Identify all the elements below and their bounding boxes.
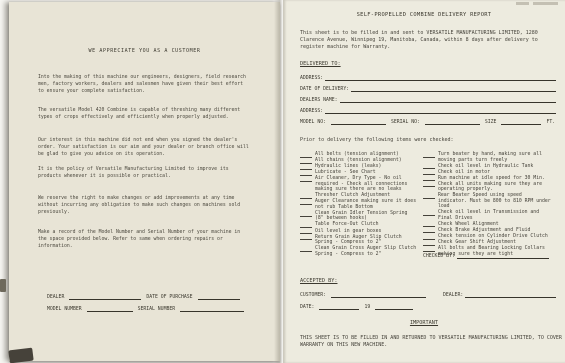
- checklist-item: All chains (tension alignment): [300, 158, 418, 164]
- date-of-purchase-blank-line: [198, 294, 240, 300]
- check-blank-line: [300, 193, 312, 199]
- checklist-item: Check all units making sure they are ope…: [423, 182, 551, 193]
- dealer-label: DEALER:: [443, 293, 463, 298]
- accepted-by-heading: ACCEPTED BY:: [300, 278, 337, 284]
- check-blank-line: [300, 211, 312, 217]
- year-blank-line: [375, 304, 413, 310]
- check-blank-line: [300, 170, 312, 176]
- checklist-item: Return Grain Auger Slip Clutch Spring - …: [300, 235, 418, 246]
- check-blank-line: [300, 235, 312, 241]
- left-paragraph: Make a record of the Model Number and Se…: [38, 229, 250, 250]
- check-blank-line: [423, 193, 435, 199]
- size-label: SIZE: [485, 120, 497, 125]
- dealer-label: DEALER: [47, 295, 64, 300]
- address-blank-line: [325, 75, 556, 81]
- serial-no-label: SERIAL NO:: [391, 120, 420, 125]
- check-blank-line: [423, 182, 435, 188]
- checklist-item: Clean Grain Idler Tension Spring (8" bet…: [300, 211, 418, 222]
- check-blank-line: [423, 176, 435, 182]
- left-paragraph: Our interest in this machine did not end…: [38, 137, 250, 158]
- left-paragraph: It is the policy of Versatile Manufactur…: [38, 166, 250, 180]
- dealer-blank-line: [69, 294, 141, 300]
- model-serial-size-row: MODEL NO: SERIAL NO: SIZE FT.: [300, 119, 558, 125]
- delivered-to-heading: DELIVERED TO:: [300, 61, 341, 67]
- closing-note: THIS SHEET IS TO BE FILLED IN AND RETURN…: [300, 335, 562, 349]
- left-page: WE APPRECIATE YOU AS A CUSTOMER Into the…: [9, 2, 280, 361]
- address2-row: ADDRESS:: [300, 108, 558, 114]
- left-paragraph: Into the making of this machine our engi…: [38, 74, 250, 95]
- checklist-item: Turn beater by hand, making sure all mov…: [423, 152, 551, 163]
- ft-label: FT.: [546, 120, 555, 125]
- address2-label: ADDRESS:: [300, 109, 323, 114]
- model-number-blank-line: [87, 306, 133, 312]
- dealers-name-row: DEALERS NAME:: [300, 97, 558, 103]
- check-blank-line: [423, 246, 435, 252]
- checklist-item: Hydraulic lines (leaks): [300, 164, 418, 170]
- customer-label: CUSTOMER:: [300, 293, 326, 298]
- check-blank-line: [423, 240, 435, 246]
- dealer-blank-line: [465, 292, 556, 298]
- address-row: ADDRESS:: [300, 75, 558, 81]
- left-paragraph: The versatile Model 420 Combine is capab…: [38, 107, 250, 121]
- checklist-item: Rear Beater Speed using speed indicator.…: [423, 193, 551, 210]
- checklist-item: All belts (tension alignment): [300, 152, 418, 158]
- check-blank-line: [300, 222, 312, 228]
- checklist-item: Air Cleaner, Dry Type - No oil required …: [300, 176, 418, 193]
- checklist-left-column: All belts (tension alignment) All chains…: [300, 152, 418, 258]
- checklist-item: Check tension on Cylinder Drive Clutch: [423, 234, 551, 240]
- check-blank-line: [423, 152, 435, 158]
- form-number-illegible: [516, 2, 558, 5]
- checklist-item: Table Force-Out Clutch: [300, 222, 418, 228]
- customer-dealer-row: CUSTOMER: DEALER:: [300, 292, 558, 298]
- address-label: ADDRESS:: [300, 76, 323, 81]
- check-blank-line: [423, 164, 435, 170]
- dealer-purchase-row: DEALER DATE OF PURCHASE: [47, 294, 249, 300]
- check-blank-line: [300, 229, 312, 235]
- check-blank-line: [423, 210, 435, 216]
- checklist-item: Oil level in gear boxes: [300, 229, 418, 235]
- checked-by-label: CHECKED BY:: [423, 254, 455, 259]
- checked-by-row: CHECKED BY:: [423, 253, 551, 259]
- scanned-document: WE APPRECIATE YOU AS A CUSTOMER Into the…: [0, 0, 565, 363]
- report-intro: This sheet is to be filled in and sent t…: [300, 30, 560, 51]
- checklist-item: Check oil in motor: [423, 170, 551, 176]
- model-serial-row: MODEL NUMBER SERIAL NUMBER: [47, 306, 249, 312]
- serial-no-blank-line: [425, 119, 480, 125]
- serial-number-blank-line: [180, 306, 244, 312]
- check-blank-line: [300, 199, 312, 205]
- left-page-title: WE APPRECIATE YOU AS A CUSTOMER: [9, 48, 280, 54]
- check-blank-line: [423, 222, 435, 228]
- date-row: DATE: 19: [300, 304, 460, 310]
- checklist-item: Check Wheel Alignment: [423, 222, 551, 228]
- check-blank-line: [423, 228, 435, 234]
- date-label: DATE:: [300, 305, 314, 310]
- check-blank-line: [423, 170, 435, 176]
- left-paragraph: We reserve the right to make changes or …: [38, 195, 250, 216]
- checklist-item: Auger Clearance making sure it does not …: [300, 199, 418, 210]
- report-title: SELF-PROPELLED COMBINE DELIVERY REPORT: [283, 12, 565, 18]
- date-blank-line: [319, 304, 359, 310]
- customer-blank-line: [331, 292, 426, 298]
- year-prefix: 19: [364, 305, 370, 310]
- scan-artifact-edge-mark: [0, 279, 6, 292]
- checklist-item: Clean Grain Cross Auger Slip Clutch Spri…: [300, 246, 418, 257]
- right-page: SELF-PROPELLED COMBINE DELIVERY REPORT T…: [283, 0, 565, 363]
- check-blank-line: [423, 234, 435, 240]
- checklist-intro: Prior to delivery the following items we…: [300, 137, 454, 143]
- dealers-name-label: DEALERS NAME:: [300, 98, 338, 103]
- dealers-name-blank-line: [340, 97, 556, 103]
- model-no-blank-line: [331, 119, 386, 125]
- important-heading: IMPORTANT: [283, 320, 565, 326]
- checked-by-blank-line: [457, 253, 549, 259]
- date-of-delivery-row: DATE OF DELIVERY:: [300, 86, 558, 92]
- check-blank-line: [300, 158, 312, 164]
- date-of-delivery-blank-line: [351, 86, 556, 92]
- checklist-right-column: Turn beater by hand, making sure all mov…: [423, 152, 551, 258]
- check-blank-line: [300, 152, 312, 158]
- model-no-label: MODEL NO:: [300, 120, 326, 125]
- check-blank-line: [300, 246, 312, 252]
- date-of-delivery-label: DATE OF DELIVERY:: [300, 87, 349, 92]
- checklist-item: Check Gear Shift Adjustment: [423, 240, 551, 246]
- checklist-item: Check oil level in Transmission and Fina…: [423, 210, 551, 221]
- model-number-label: MODEL NUMBER: [47, 307, 82, 312]
- size-blank-line: [501, 119, 541, 125]
- checklist-item: Check oil level in Hydraulic Tank: [423, 164, 551, 170]
- check-blank-line: [300, 164, 312, 170]
- scan-artifact-corner-mark: [8, 348, 33, 363]
- checklist-item: Check Brake Adjustment and Fluid: [423, 228, 551, 234]
- date-of-purchase-label: DATE OF PURCHASE: [146, 295, 192, 300]
- checklist-item: Run machine at idle speed for 30 Min.: [423, 176, 551, 182]
- address2-blank-line: [325, 108, 556, 114]
- check-blank-line: [300, 176, 312, 182]
- serial-number-label: SERIAL NUMBER: [138, 307, 176, 312]
